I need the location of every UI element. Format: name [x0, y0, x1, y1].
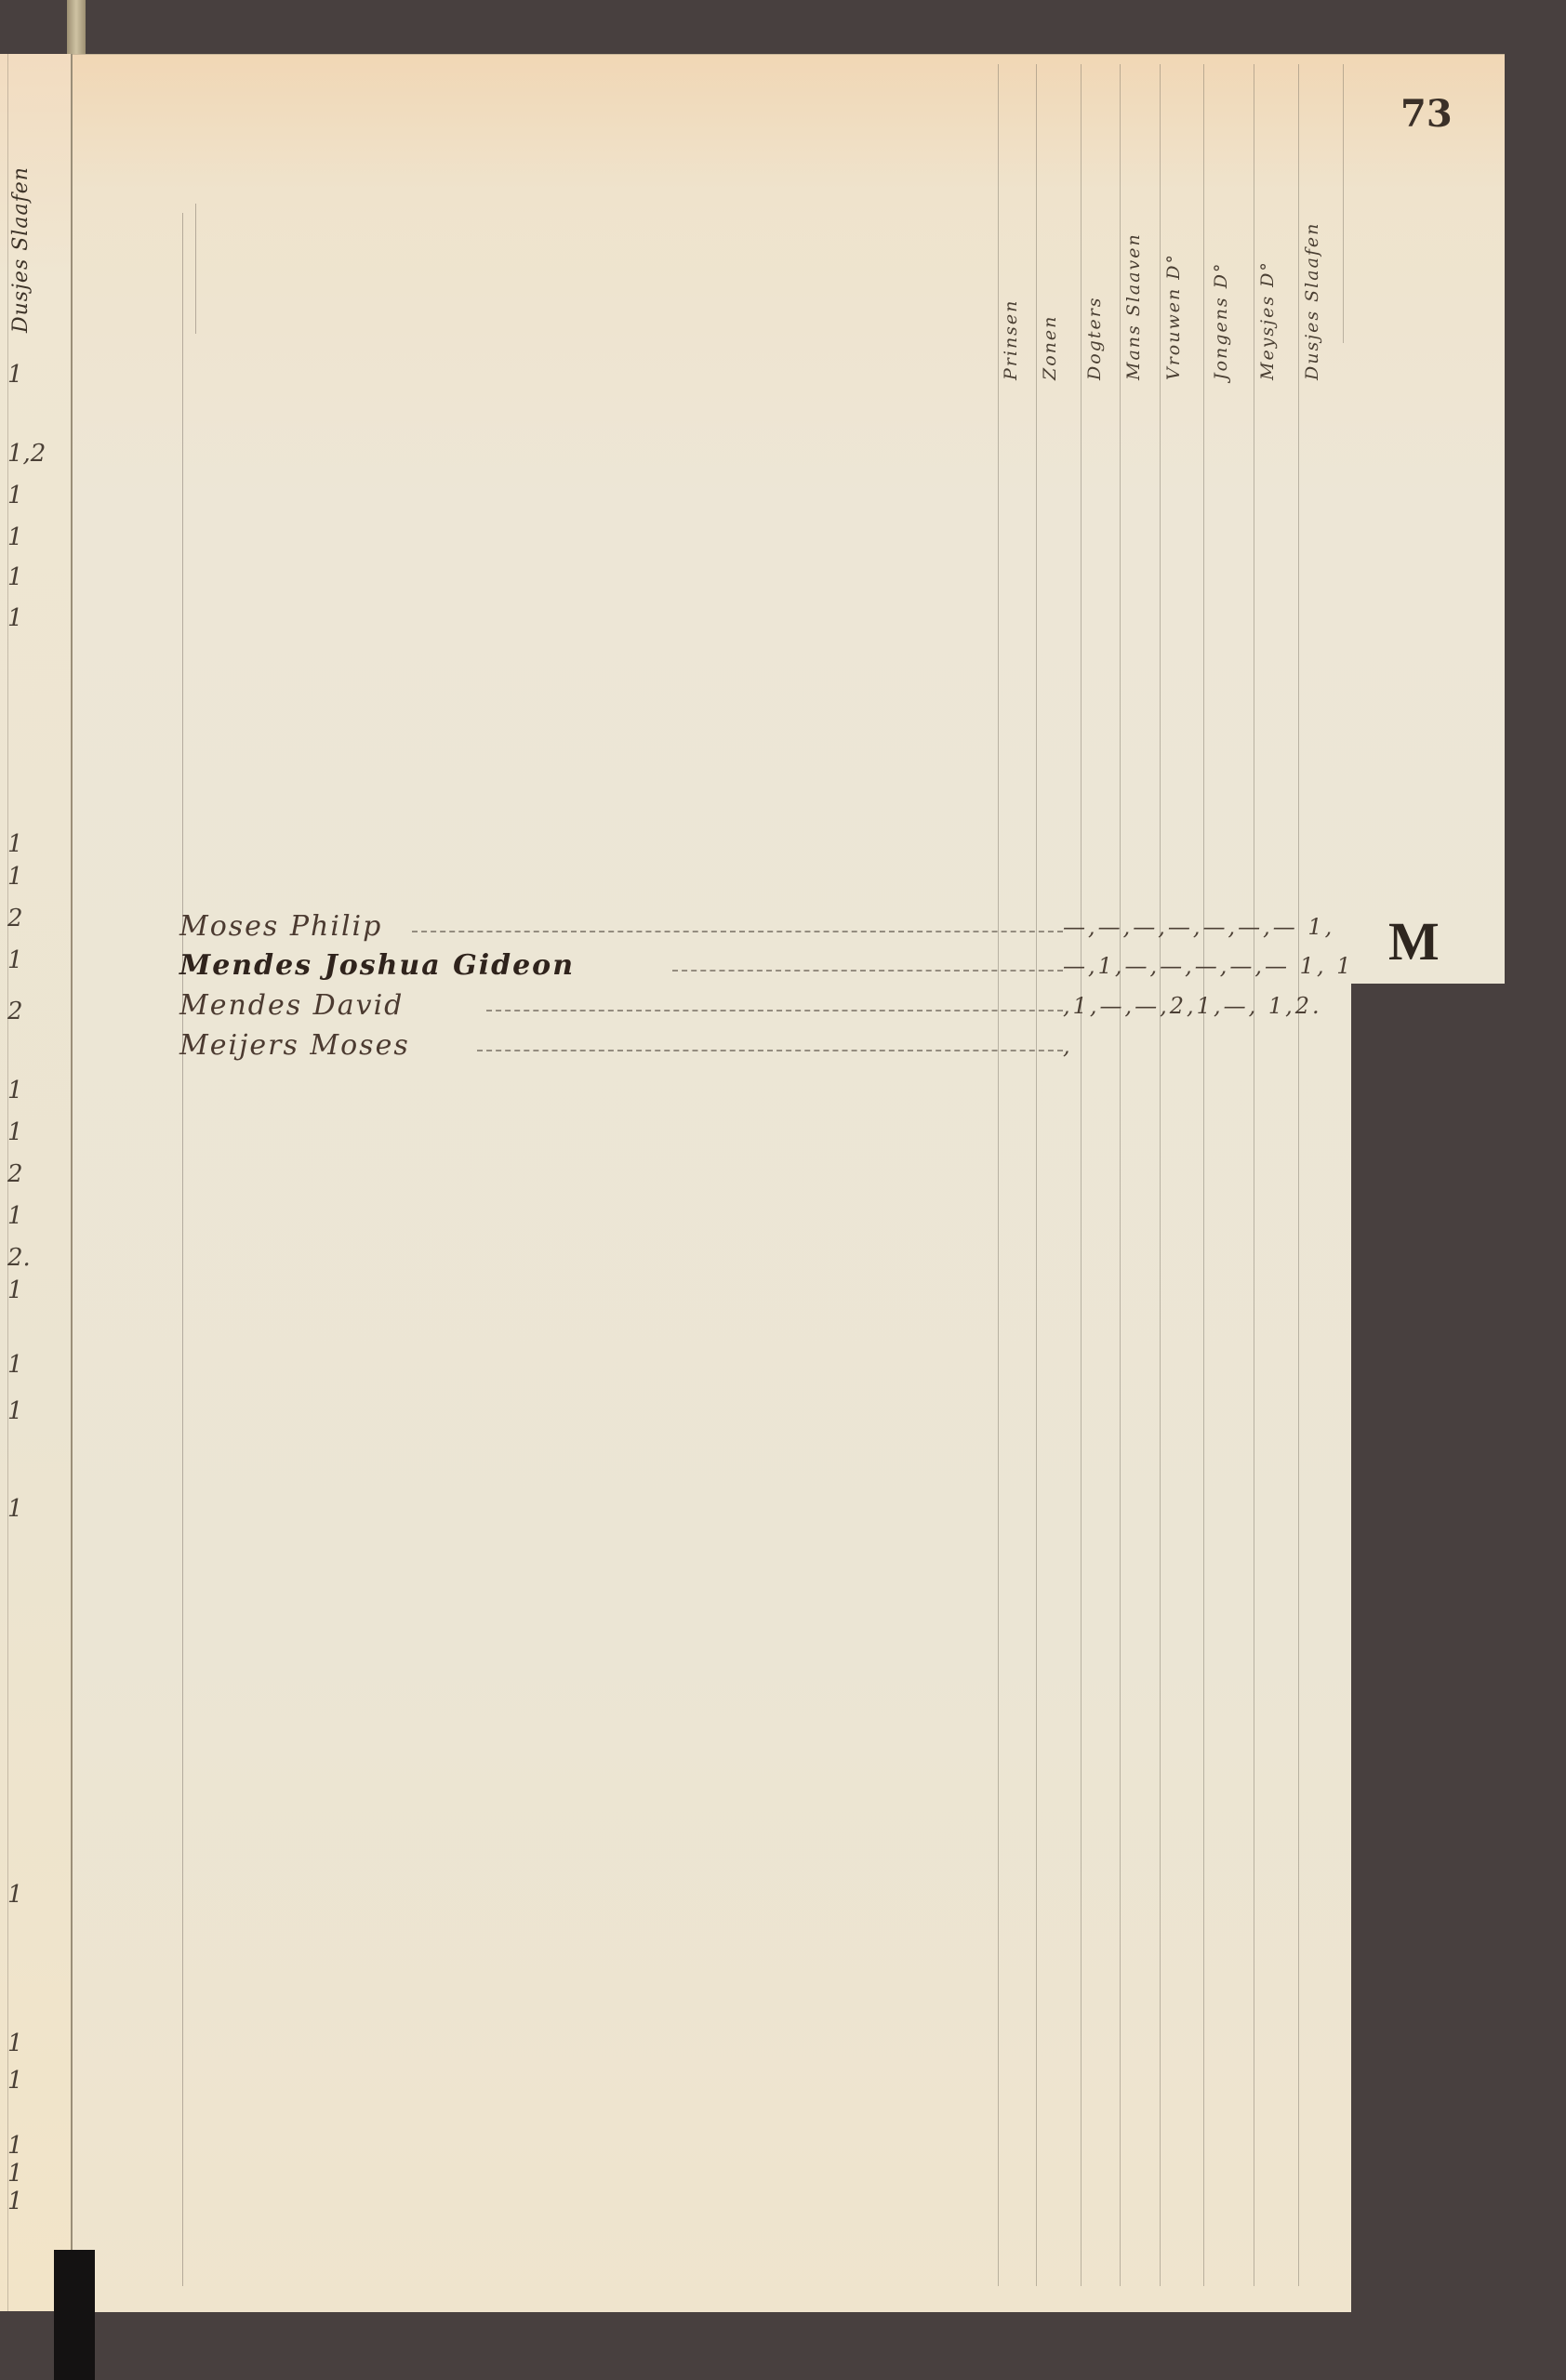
tally-mark: 1	[7, 946, 23, 974]
margin-rule-short	[195, 204, 196, 334]
column-rule	[1120, 64, 1121, 2286]
dotted-leader	[486, 1010, 1063, 1011]
dotted-leader	[412, 931, 1063, 932]
tally-mark: 1	[7, 1077, 23, 1104]
column-rule	[998, 64, 999, 2286]
entry-tally: —,1,—,—,—,—,— 1, 1	[1063, 953, 1416, 979]
ledger-page: Prinsen Zonen Dogters Mans Slaaven Vrouw…	[73, 54, 1505, 2312]
left-column-header: Dusjes Slaafen	[9, 128, 65, 333]
register-entry: Meijers Moses ,	[179, 1029, 1388, 1070]
dotted-leader	[477, 1050, 1063, 1051]
entry-name: Moses Philip	[179, 910, 382, 943]
tally-mark: 1	[7, 1351, 23, 1379]
tally-mark: 1	[7, 1276, 23, 1304]
column-rule	[1203, 64, 1204, 2286]
book-spine-top	[67, 0, 86, 56]
column-header-vrouwen: Vrouwen D°	[1163, 73, 1197, 380]
column-rule	[1343, 64, 1344, 343]
tally-mark: 1	[7, 1202, 23, 1230]
column-rule	[1160, 64, 1161, 2286]
dotted-leader	[672, 970, 1063, 972]
column-header-prinsen: Prinsen	[1001, 73, 1034, 380]
tally-mark: 1	[7, 604, 23, 632]
tally-mark: 1,2	[7, 440, 46, 468]
register-entry: Mendes David ,1,—,—,2,1,—, 1,2.	[179, 989, 1388, 1030]
tally-mark: 1	[7, 2030, 23, 2057]
column-header-jongens: Jongens D°	[1211, 73, 1244, 380]
column-header-mans-slaaven: Mans Slaaven	[1123, 73, 1157, 380]
register-entry: Mendes Joshua Gideon —,1,—,—,—,—,— 1, 1	[179, 949, 1388, 990]
column-rule	[1298, 64, 1299, 2286]
tally-mark: 1	[7, 1881, 23, 1909]
left-margin-rule	[182, 213, 183, 2286]
tally-mark: 1	[7, 523, 23, 551]
register-entry: Moses Philip —,—,—,—,—,—,— 1,	[179, 910, 1388, 951]
tally-mark: 1	[7, 2067, 23, 2095]
tally-mark: 1	[7, 2132, 23, 2160]
tally-mark: 2	[7, 998, 23, 1025]
column-header-dogters: Dogters	[1084, 73, 1118, 380]
tally-mark: 1	[7, 863, 23, 891]
column-header-dusjes-slaafen: Dusjes Slaafen	[1302, 73, 1335, 380]
entry-name: Mendes Joshua Gideon	[179, 949, 575, 982]
tally-mark: 1	[7, 830, 23, 858]
tally-mark: 1	[7, 482, 23, 509]
column-rule	[1036, 64, 1037, 2286]
tally-mark: 1	[7, 2188, 23, 2215]
entry-name: Meijers Moses	[179, 1029, 410, 1062]
entry-tally: —,—,—,—,—,—,— 1,	[1063, 914, 1416, 940]
tally-mark: 1	[7, 1118, 23, 1146]
tally-mark: 2.	[7, 1244, 31, 1272]
tally-mark: 1	[7, 2160, 23, 2188]
tally-mark: 1	[7, 1495, 23, 1523]
tally-mark: 2	[7, 1160, 23, 1188]
entry-tally: ,	[1063, 1033, 1416, 1059]
left-page-strip: Dusjes Slaafen 1 1,2 1 1 1 1 1 1 2 1 2 1…	[0, 54, 73, 2311]
tally-mark: 1	[7, 1397, 23, 1425]
book-spine-bottom	[54, 2250, 95, 2380]
page-number: 73	[1400, 92, 1453, 136]
tally-mark: 2	[7, 905, 23, 932]
entry-name: Mendes David	[179, 989, 404, 1022]
entry-tally: ,1,—,—,2,1,—, 1,2.	[1063, 993, 1416, 1019]
column-rule	[1081, 64, 1082, 2286]
tally-mark: 1	[7, 361, 23, 389]
column-header-zonen: Zonen	[1040, 73, 1073, 380]
column-header-meysjes: Meysjes D°	[1257, 73, 1291, 380]
tally-mark: 1	[7, 563, 23, 591]
column-rule	[1254, 64, 1254, 2286]
